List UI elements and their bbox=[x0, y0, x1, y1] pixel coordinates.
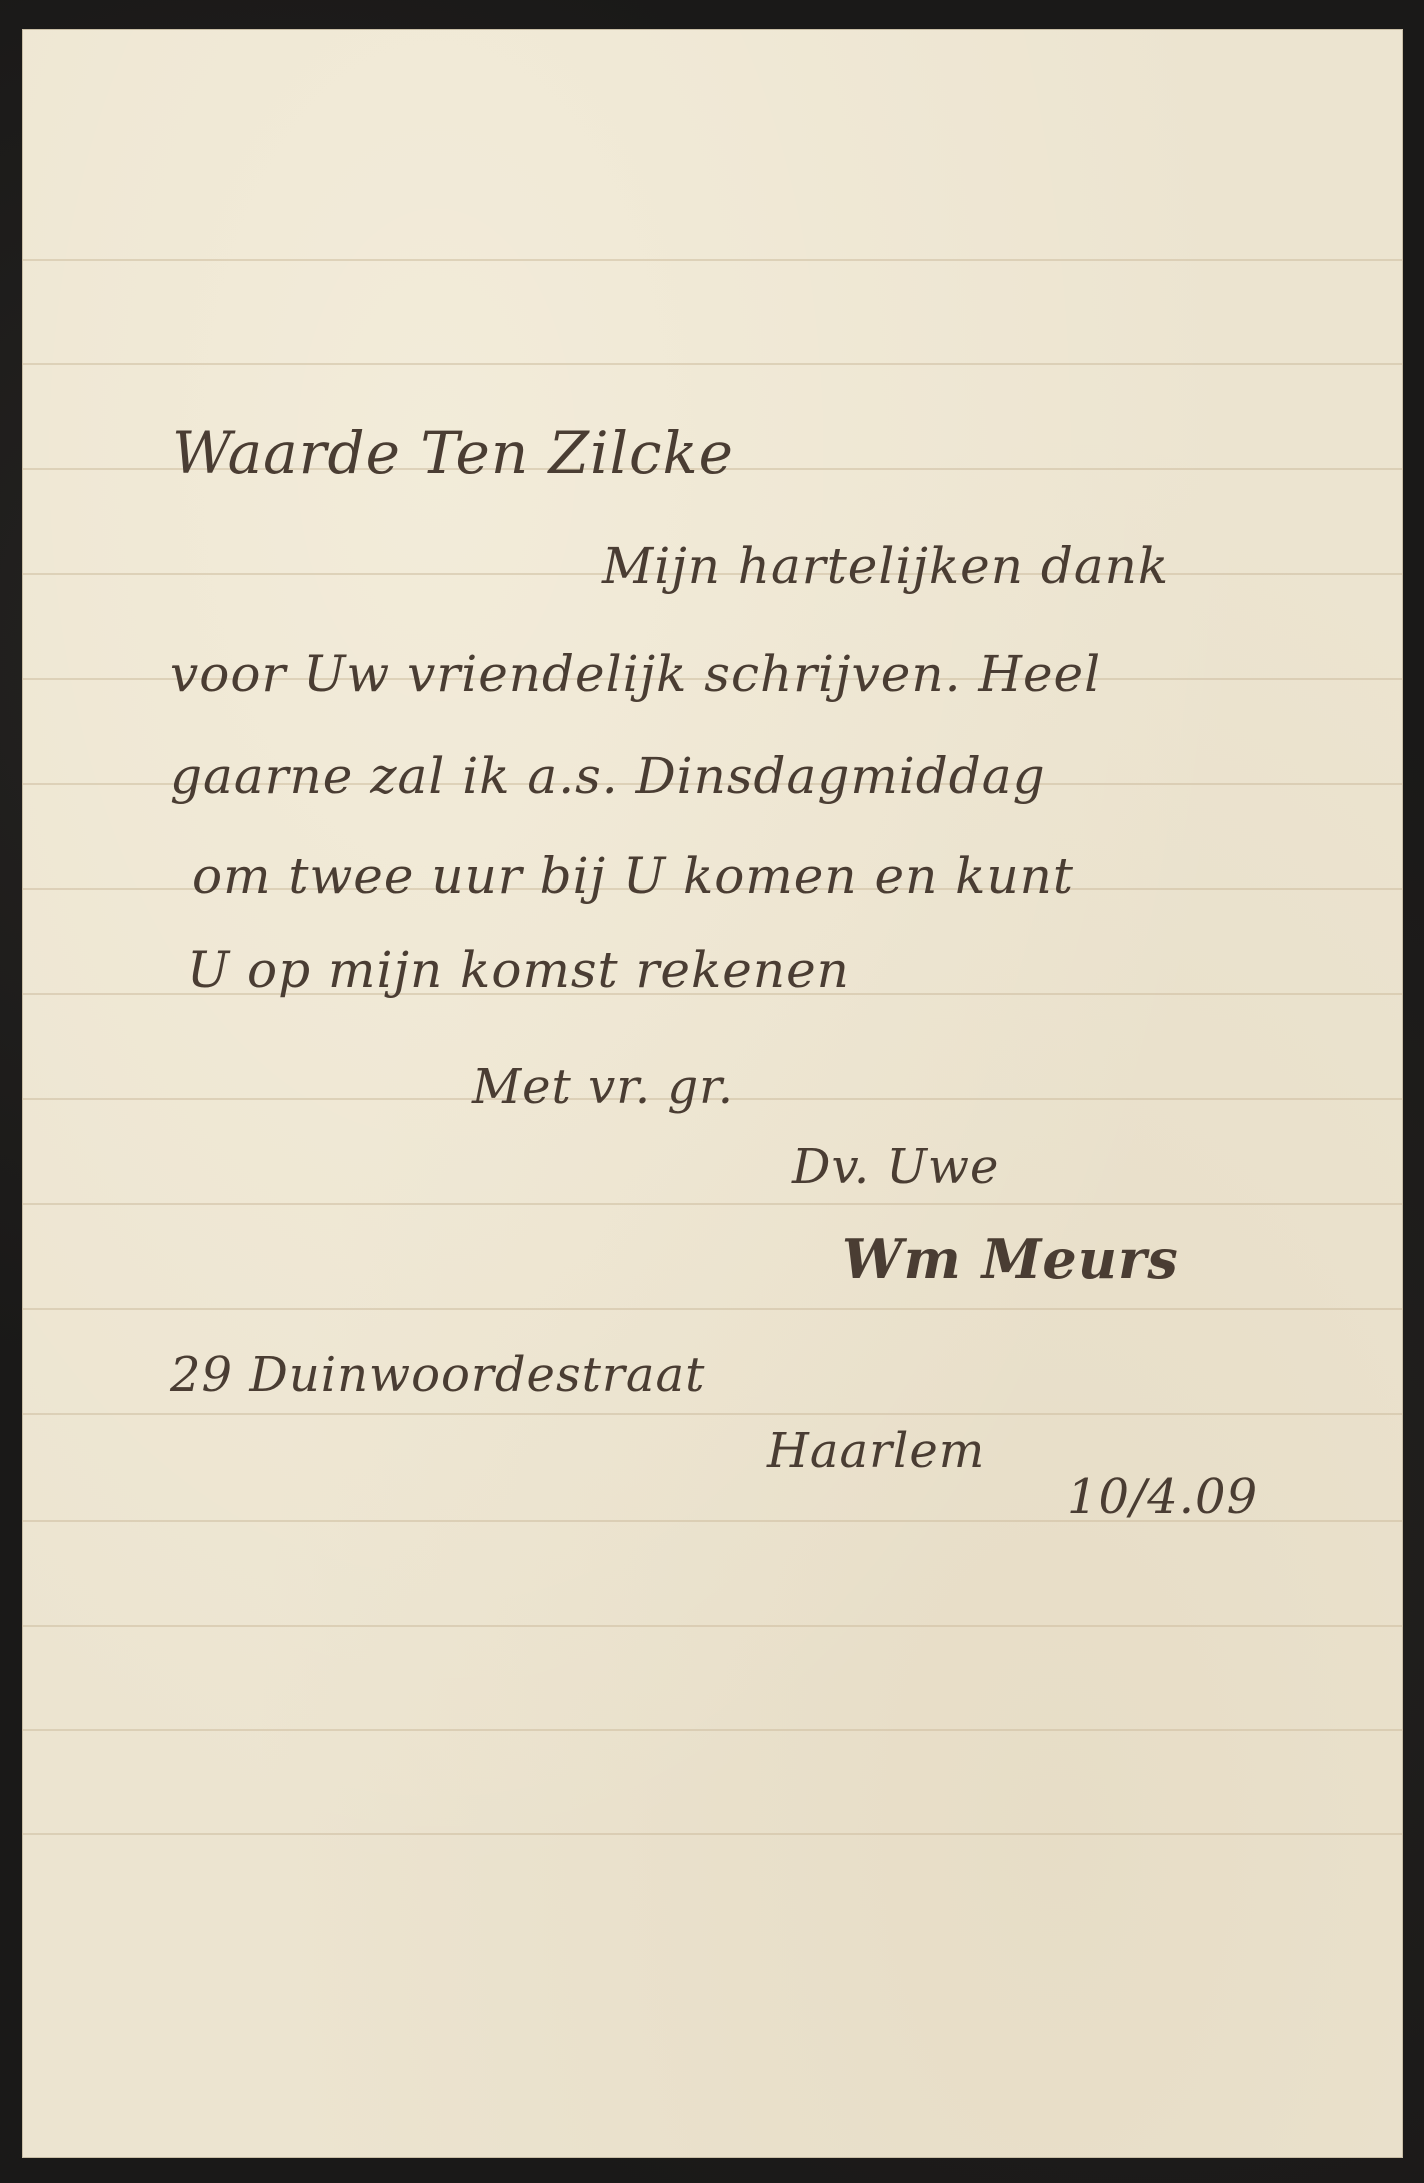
ruled-line bbox=[22, 1833, 1403, 1835]
closing-your: Dv. Uwe bbox=[792, 1139, 999, 1195]
ruled-line bbox=[22, 1203, 1403, 1205]
body-line-2: voor Uw vriendelijk schrijven. Heel bbox=[170, 645, 1101, 703]
ruled-line bbox=[22, 1729, 1403, 1731]
ruled-line bbox=[22, 259, 1403, 261]
date: 10/4.09 bbox=[1067, 1469, 1258, 1525]
ruled-line bbox=[22, 1308, 1403, 1310]
salutation: Waarde Ten Zilcke bbox=[172, 419, 734, 487]
closing-greeting: Met vr. gr. bbox=[472, 1059, 734, 1115]
ruled-line bbox=[22, 1413, 1403, 1415]
body-line-4: om twee uur bij U komen en kunt bbox=[192, 847, 1074, 905]
signature: Wm Meurs bbox=[842, 1227, 1179, 1291]
sender-address: 29 Duinwoordestraat bbox=[170, 1347, 705, 1403]
body-line-5: U op mijn komst rekenen bbox=[187, 941, 850, 999]
body-line-3: gaarne zal ik a.s. Dinsdagmiddag bbox=[170, 747, 1046, 805]
letter-paper: Waarde Ten Zilcke Mijn hartelijken dank … bbox=[22, 29, 1403, 2158]
place: Haarlem bbox=[767, 1423, 985, 1479]
body-line-1: Mijn hartelijken dank bbox=[602, 537, 1169, 595]
ruled-line bbox=[22, 1625, 1403, 1627]
ruled-line bbox=[22, 363, 1403, 365]
